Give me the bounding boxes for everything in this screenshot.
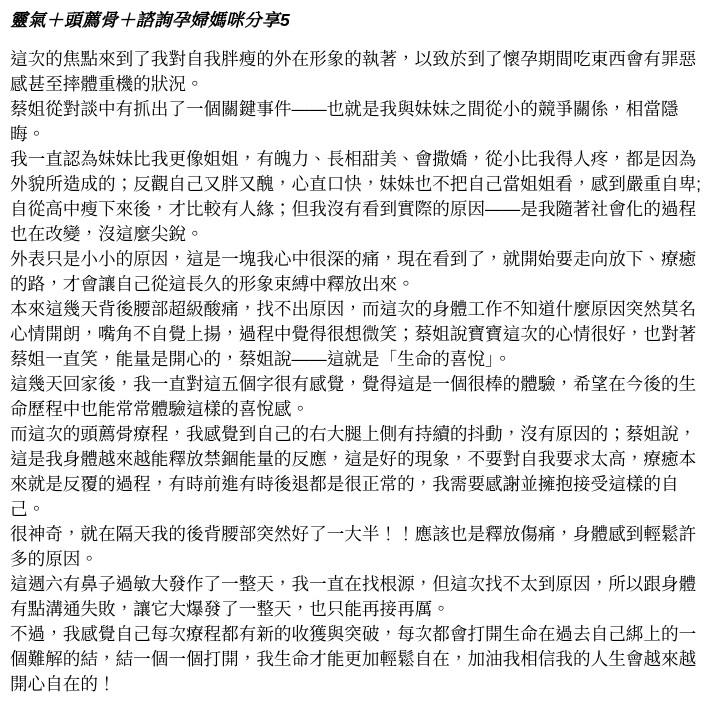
paragraph: 這次的焦點來到了我對自我胖瘦的外在形象的執著，以致於到了懷孕期間吃東西會有罪惡感… — [10, 47, 707, 97]
paragraph: 不過，我感覺自己每次療程都有新的收獲與突破，每次都會打開生命在過去自己綁上的一個… — [10, 622, 707, 697]
paragraph: 這幾天回家後，我一直對這五個字很有感覺，覺得這是一個很棒的體驗，希望在今後的生命… — [10, 372, 707, 422]
paragraph: 本來這幾天背後腰部超級酸痛，找不出原因，而這次的身體工作不知道什麼原因突然莫名心… — [10, 297, 707, 372]
document-title: 靈氣＋頭薦骨＋諮詢孕婦媽咪分享5 — [10, 8, 707, 33]
paragraph: 我一直認為妹妹比我更像姐姐，有魄力、長相甜美、會撒嬌，從小比我得人疼，都是因為外… — [10, 147, 707, 247]
paragraph: 很神奇，就在隔天我的後背腰部突然好了一大半！！應該也是釋放傷痛，身體感到輕鬆許多… — [10, 522, 707, 572]
document-body: 這次的焦點來到了我對自我胖瘦的外在形象的執著，以致於到了懷孕期間吃東西會有罪惡感… — [10, 47, 707, 697]
paragraph: 而這次的頭薦骨療程，我感覺到自己的右大腿上側有持續的抖動，沒有原因的；蔡姐說，這… — [10, 422, 707, 522]
document: 靈氣＋頭薦骨＋諮詢孕婦媽咪分享5 這次的焦點來到了我對自我胖瘦的外在形象的執著，… — [0, 0, 717, 697]
paragraph: 蔡姐從對談中有抓出了一個關鍵事件——也就是我與妹妹之間從小的競爭關係，相當隱晦。 — [10, 97, 707, 147]
paragraph: 外表只是小小的原因，這是一塊我心中很深的痛，現在看到了，就開始要走向放下、療癒的… — [10, 247, 707, 297]
paragraph: 這週六有鼻子過敏大發作了一整天，我一直在找根源，但這次找不太到原因，所以跟身體有… — [10, 572, 707, 622]
